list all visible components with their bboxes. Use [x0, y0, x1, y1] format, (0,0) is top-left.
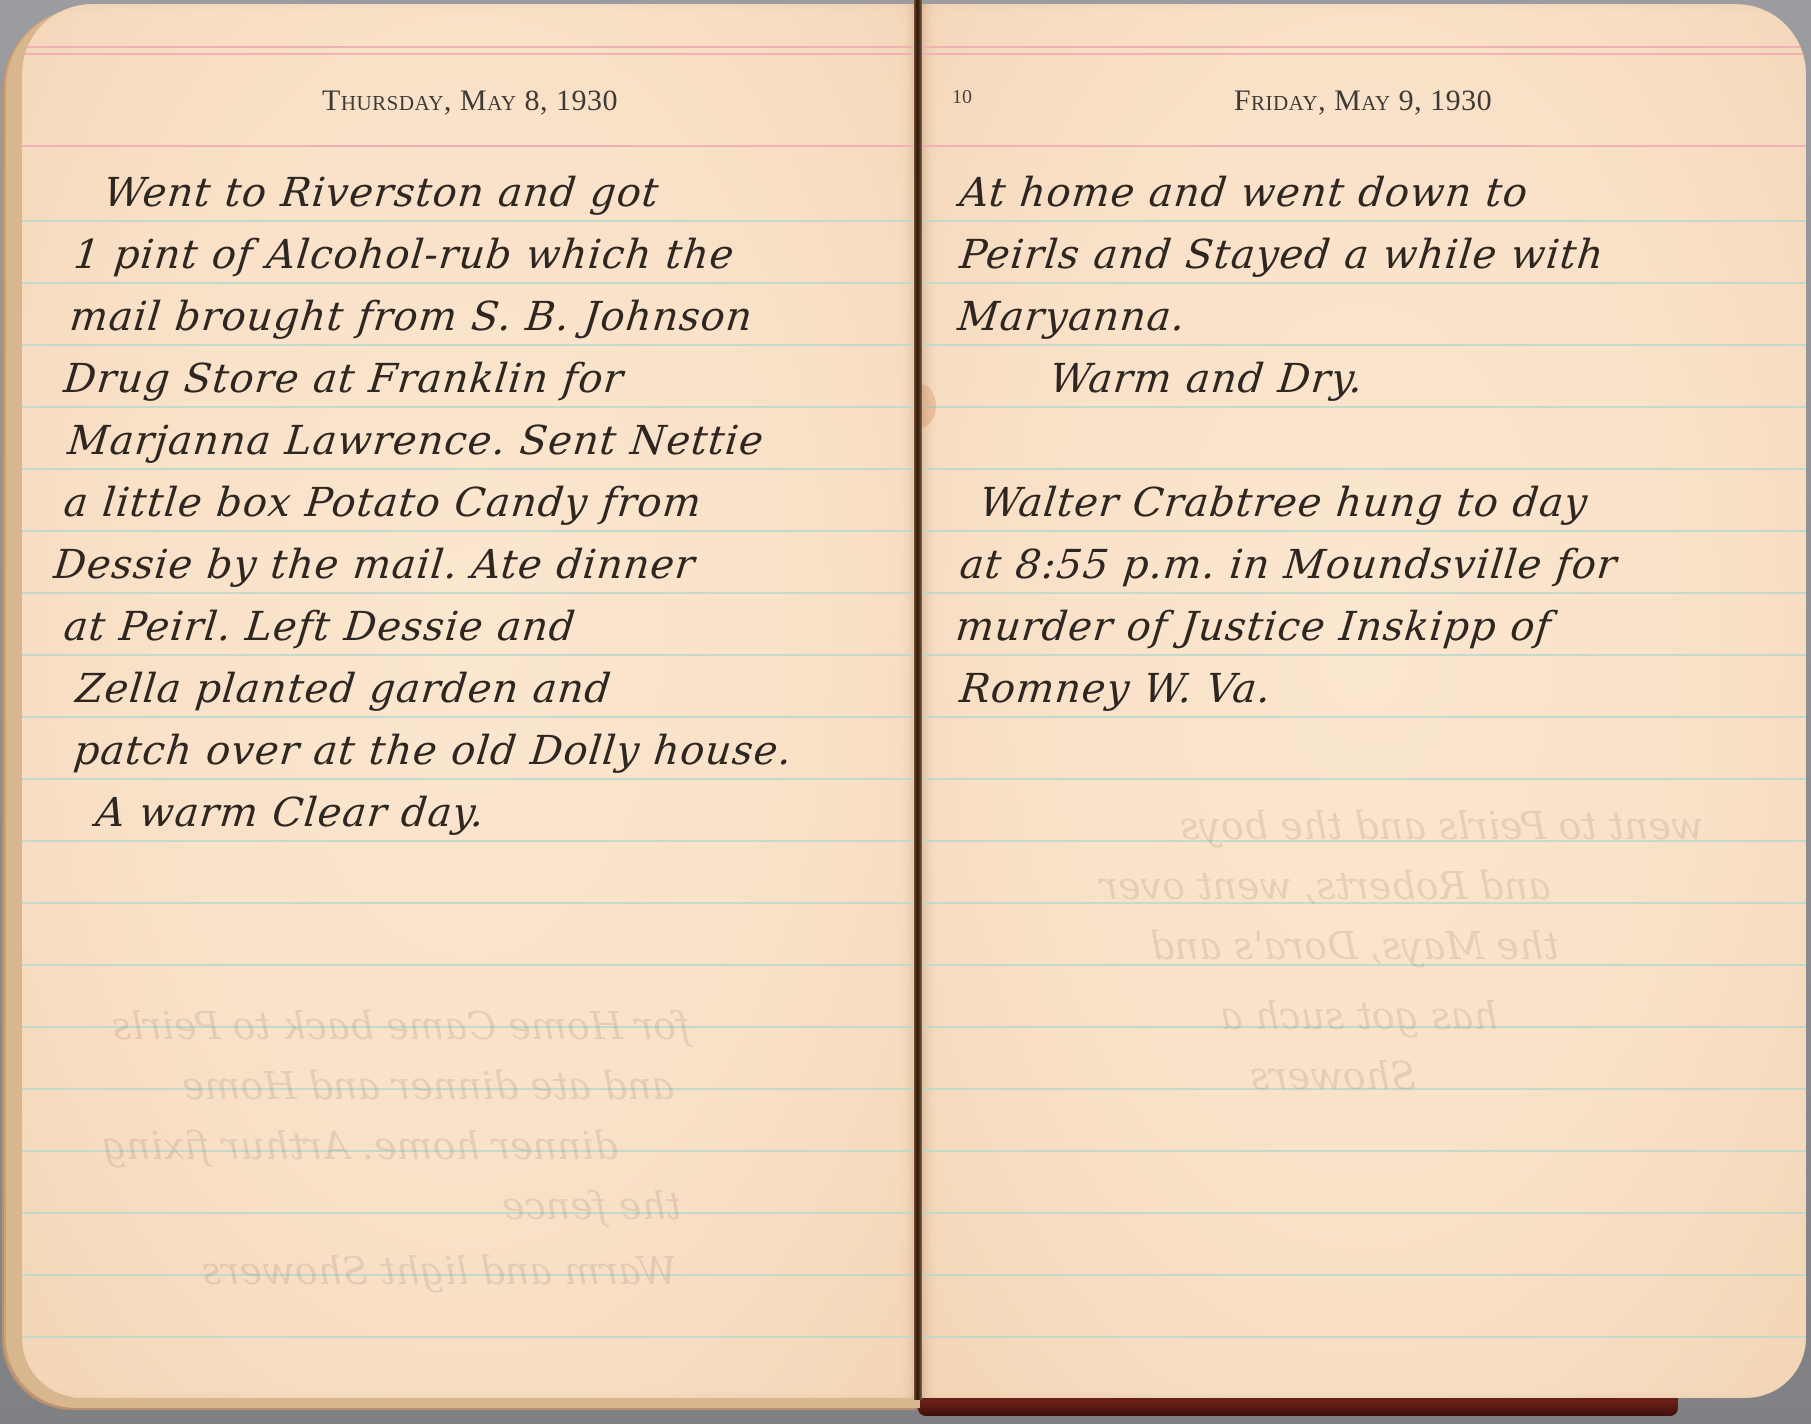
weekday-label: Friday, — [1234, 84, 1326, 117]
entry-line: Dessie by the mail. Ate dinner — [52, 542, 698, 588]
ruled-line — [920, 406, 1806, 408]
ruled-line — [920, 592, 1806, 594]
ruled-line — [22, 1336, 918, 1338]
ruled-line — [920, 530, 1806, 532]
ruled-line — [22, 530, 918, 532]
ruled-line — [22, 282, 918, 284]
bleed-through-text: the Mays, Dora's and — [1150, 924, 1559, 968]
ruled-line — [22, 468, 918, 470]
ruled-line — [920, 654, 1806, 656]
right-page: 10 Friday, May 9, 1930 went to Peirls an… — [920, 4, 1806, 1398]
ruled-line — [22, 1212, 918, 1214]
entry-line: Walter Crabtree hung to day — [978, 480, 1591, 526]
left-page: Thursday, May 8, 1930 for Home Came back… — [22, 4, 918, 1398]
header-rule-pink — [920, 145, 1806, 147]
top-rule-pink — [22, 53, 918, 55]
entry-line: at Peirl. Left Dessie and — [62, 604, 578, 650]
ruled-line — [920, 1336, 1806, 1338]
entry-line: Romney W. Va. — [958, 666, 1274, 712]
entry-line: A warm Clear day. — [94, 790, 488, 836]
top-rule-pink — [920, 46, 1806, 48]
ruled-line — [22, 344, 918, 346]
bleed-through-text: dinner home. Arthur fixing — [102, 1124, 618, 1168]
ruled-line — [920, 282, 1806, 284]
header-rule-pink — [22, 145, 918, 147]
entry-line: At home and went down to — [958, 170, 1531, 216]
ruled-line — [920, 1274, 1806, 1276]
bleed-through-text: has got such a — [1220, 994, 1498, 1038]
bleed-through-text: and ate dinner and Home — [182, 1064, 674, 1108]
ruled-line — [920, 344, 1806, 346]
entry-line: mail brought from S. B. Johnson — [68, 294, 756, 340]
paper-stain — [920, 384, 936, 428]
ruled-line — [22, 840, 918, 842]
ruled-line — [920, 778, 1806, 780]
top-rule-pink — [22, 46, 918, 48]
date-label: May 9, 1930 — [1334, 84, 1492, 117]
entry-line: Peirls and Stayed a while with — [958, 232, 1607, 278]
ruled-line — [22, 716, 918, 718]
ruled-line — [22, 778, 918, 780]
entry-line: 1 pint of Alcohol-rub which the — [72, 232, 737, 278]
entry-line: Warm and Dry. — [1048, 356, 1366, 402]
entry-line: Zella planted garden and — [74, 666, 614, 712]
entry-line: Maryanna. — [956, 294, 1188, 340]
bleed-through-text: and Roberts, went over — [1100, 864, 1551, 908]
ruled-line — [22, 406, 918, 408]
page-title-friday: Friday, May 9, 1930 — [920, 84, 1806, 118]
weekday-label: Thursday, — [322, 84, 452, 117]
bleed-through-text: Warm and light Showers — [202, 1249, 677, 1293]
entry-line: Went to Riverston and got — [102, 170, 662, 216]
entry-line: patch over at the old Dolly house. — [72, 728, 795, 774]
ruled-line — [22, 654, 918, 656]
book-spine-gutter — [914, 0, 922, 1400]
top-rule-pink — [920, 53, 1806, 55]
page-title-thursday: Thursday, May 8, 1930 — [22, 84, 918, 118]
bleed-through-text: Showers — [1250, 1054, 1416, 1098]
ruled-line — [920, 468, 1806, 470]
entry-line: a little box Potato Candy from — [62, 480, 705, 526]
entry-line: Drug Store at Franklin for — [62, 356, 627, 402]
ruled-line — [920, 1150, 1806, 1152]
bleed-through-text: the fence — [502, 1184, 681, 1228]
date-label: May 8, 1930 — [460, 84, 618, 117]
ruled-line — [920, 1212, 1806, 1214]
bleed-through-text: for Home Came back to Peirls — [112, 1004, 690, 1048]
ruled-line — [22, 964, 918, 966]
entry-line: Marjanna Lawrence. Sent Nettie — [66, 418, 767, 464]
ruled-line — [920, 716, 1806, 718]
ruled-line — [22, 220, 918, 222]
entry-line: at 8:55 p.m. in Moundsville for — [958, 542, 1620, 588]
ruled-line — [22, 592, 918, 594]
bleed-through-text: went to Peirls and the boys — [1180, 804, 1703, 848]
ruled-line — [920, 220, 1806, 222]
ruled-line — [22, 902, 918, 904]
entry-line: murder of Justice Inskipp of — [954, 604, 1554, 650]
